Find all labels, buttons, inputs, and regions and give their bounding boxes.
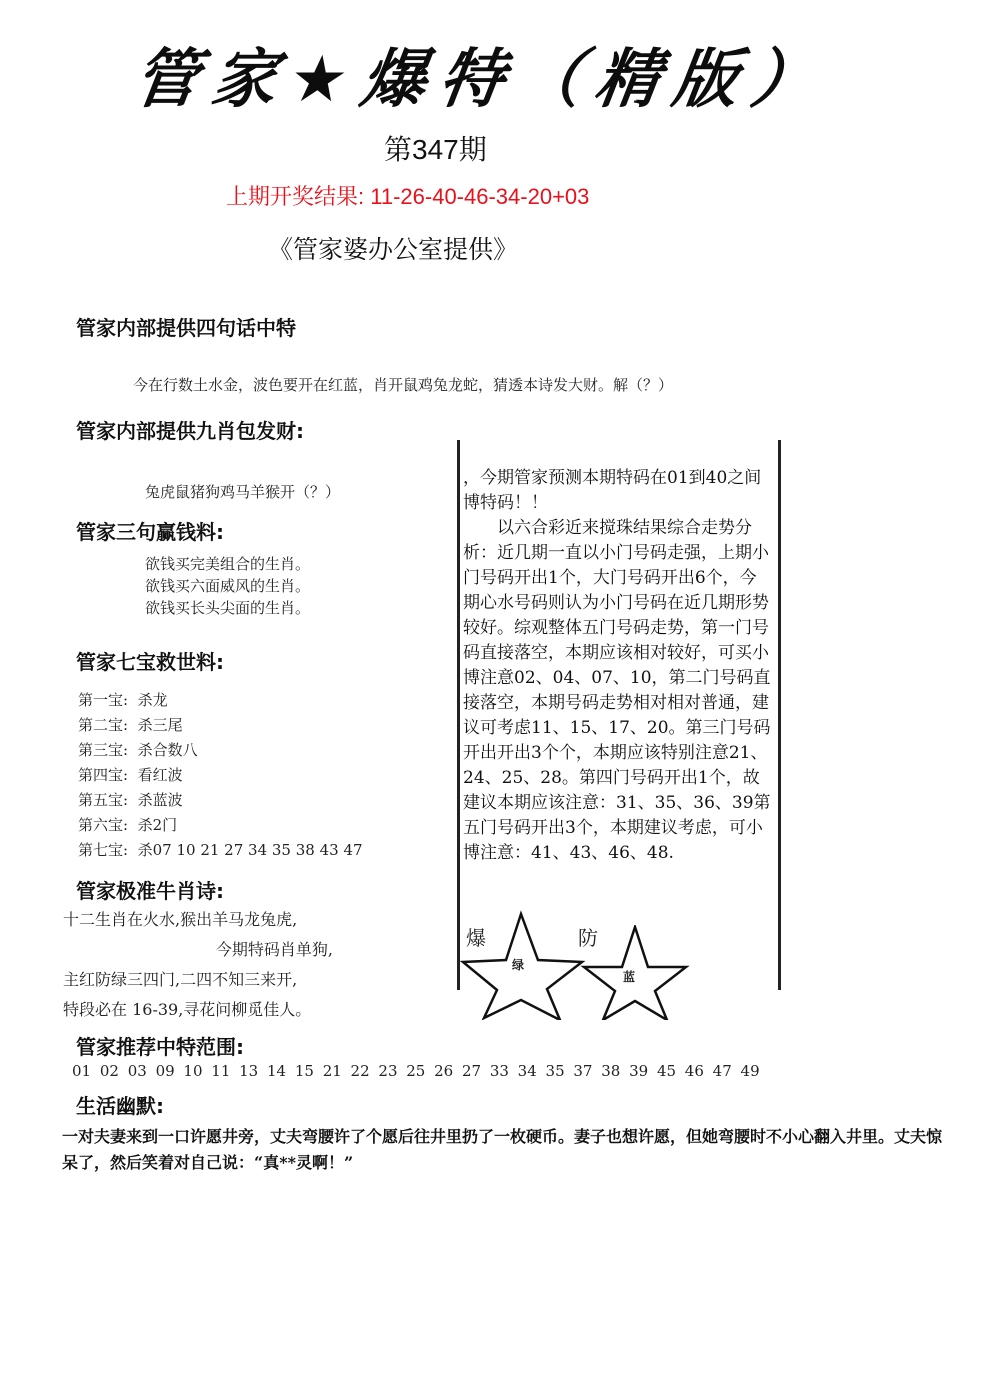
treasure-item: 第二宝: 杀三尾 <box>78 713 363 738</box>
poem-line: 特段必在 16-39,寻花问柳觅佳人。 <box>63 995 333 1025</box>
poem-line: 主红防绿三四门,二四不知三来开, <box>63 965 333 995</box>
treasure-item: 第四宝: 看红波 <box>78 763 363 788</box>
last-result: 上期开奖结果: 11-26-40-46-34-20+03 <box>226 180 589 211</box>
three-sentences-list: 欲钱买完美组合的生肖。 欲钱买六面威风的生肖。 欲钱买长头尖面的生肖。 <box>145 553 310 619</box>
analysis-text: ，今期管家预测本期特码在01到40之间博特码！！ 以六合彩近来搅珠结果综合走势分… <box>463 466 771 866</box>
poem-lines: 十二生肖在火水,猴出羊马龙兔虎, 今期特码肖单狗, 主红防绿三四门,二四不知三来… <box>63 905 333 1025</box>
humor-text: 一对夫妻来到一口许愿井旁，丈夫弯腰许了个愿后往井里扔了一枚硬币。妻子也想许愿，但… <box>62 1124 952 1176</box>
recommend-range-heading: 管家推荐中特范围: <box>76 1031 244 1060</box>
three-sentences-heading: 管家三句赢钱料: <box>76 516 224 545</box>
analysis-paragraph-2: 以六合彩近来搅珠结果综合走势分析：近几期一直以小门号码走强，上期小门号码开出1个… <box>463 516 771 866</box>
treasure-item: 第六宝: 杀2门 <box>78 813 363 838</box>
treasure-item: 第三宝: 杀合数八 <box>78 738 363 763</box>
poem-line: 十二生肖在火水,猴出羊马龙兔虎, <box>63 905 333 935</box>
last-result-value: 11-26-40-46-34-20+03 <box>370 184 589 209</box>
provider-line: 《管家婆办公室提供》 <box>268 230 518 266</box>
poem-heading: 管家极准牛肖诗: <box>76 875 224 904</box>
four-sentences-text: 今在行数土水金，波色要开在红蓝，肖开鼠鸡兔龙蛇，猜透本诗发大财。解（？） <box>133 374 673 395</box>
three-sentences-line: 欲钱买六面威风的生肖。 <box>145 575 310 597</box>
analysis-paragraph-1: ，今期管家预测本期特码在01到40之间博特码！！ <box>463 466 771 516</box>
treasure-item: 第一宝: 杀龙 <box>78 688 363 713</box>
seven-treasures-heading: 管家七宝救世料: <box>76 646 224 675</box>
humor-heading: 生活幽默: <box>76 1090 164 1119</box>
treasure-item: 第五宝: 杀蓝波 <box>78 788 363 813</box>
recommend-range-numbers: 01 02 03 09 10 11 13 14 15 21 22 23 25 2… <box>72 1062 760 1080</box>
page-title: 管家★爆特（精版） <box>129 28 837 120</box>
star-blue-label: 蓝 <box>623 968 635 985</box>
star-green-label: 绿 <box>512 956 524 973</box>
nine-zodiac-text: 兔虎鼠猪狗鸡马羊猴开（？） <box>145 481 340 502</box>
seven-treasures-list: 第一宝: 杀龙 第二宝: 杀三尾 第三宝: 杀合数八 第四宝: 看红波 第五宝:… <box>78 688 363 863</box>
three-sentences-line: 欲钱买完美组合的生肖。 <box>145 553 310 575</box>
four-sentences-heading: 管家内部提供四句话中特 <box>76 312 296 341</box>
last-result-label: 上期开奖结果: <box>226 184 364 209</box>
treasure-item: 第七宝: 杀07 10 21 27 34 35 38 43 47 <box>78 838 363 863</box>
three-sentences-line: 欲钱买长头尖面的生肖。 <box>145 597 310 619</box>
poem-line: 今期特码肖单狗, <box>63 935 333 965</box>
issue-number: 第347期 <box>384 128 487 168</box>
nine-zodiac-heading: 管家内部提供九肖包发财: <box>76 415 304 444</box>
